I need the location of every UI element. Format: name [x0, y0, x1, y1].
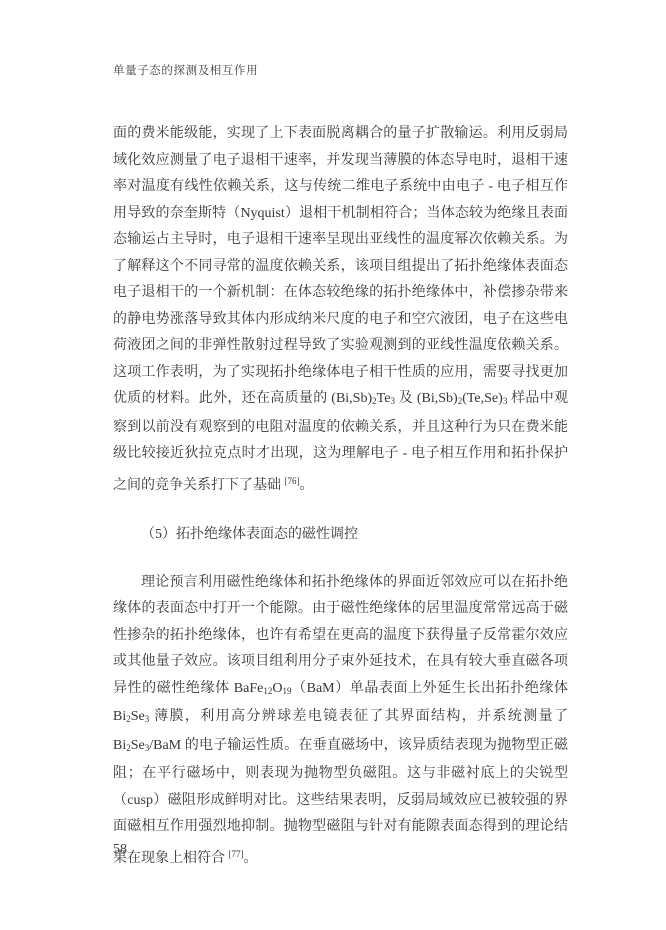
document-page: 单量子态的探测及相互作用 面的费米能级能，实现了上下表面脱离耦合的量子扩散输运。…: [0, 0, 666, 930]
running-header: 单量子态的探测及相互作用: [113, 62, 258, 78]
paragraph-2: 理论预言利用磁性绝缘体和拓扑绝缘体的界面近邻效应可以在拓扑绝缘体的表面态中打开一…: [113, 570, 568, 873]
page-number: 58: [113, 842, 127, 858]
section-heading: （5）拓扑绝缘体表面态的磁性调控: [113, 522, 568, 549]
document-body: 面的费米能级能，实现了上下表面脱离耦合的量子扩散输运。利用反弱局域化效应测量了电…: [113, 121, 568, 872]
paragraph-continued: 面的费米能级能，实现了上下表面脱离耦合的量子扩散输运。利用反弱局域化效应测量了电…: [113, 121, 568, 499]
